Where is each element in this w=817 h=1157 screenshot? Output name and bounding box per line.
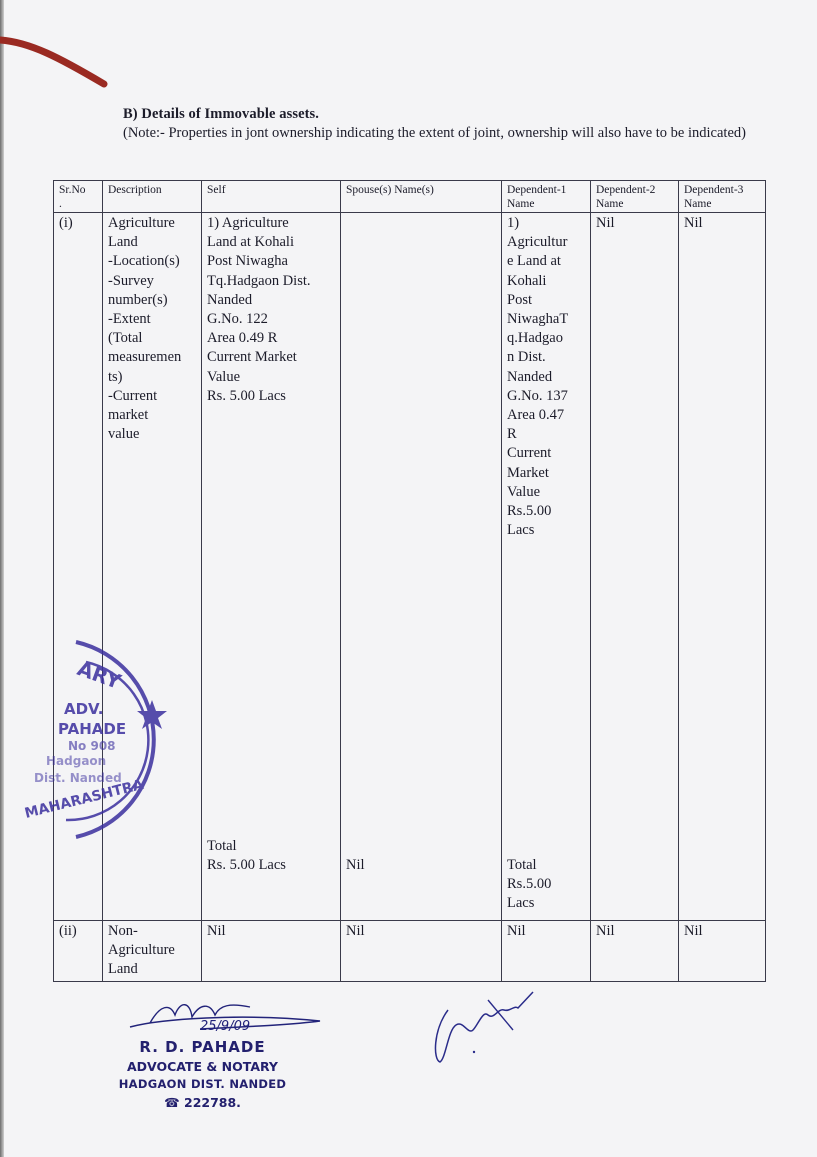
text-line: Agriculture [108, 941, 196, 960]
table-header-row: Sr.No. Description Self Spouse(s) Name(s… [54, 181, 766, 213]
cell-dependent-2: Nil [591, 213, 679, 921]
text-line: ts) [108, 368, 196, 387]
text-line: n Dist. [507, 348, 585, 367]
text-line: 1) Agriculture [207, 214, 335, 233]
dependent-1-total: TotalRs.5.00Lacs [507, 856, 551, 914]
text-line: Area 0.49 R [207, 329, 335, 348]
cell-sr-no: (ii) [54, 921, 103, 982]
text-line: 1) [507, 214, 585, 233]
text-line: Value [207, 368, 335, 387]
cell-spouse: Nil [341, 921, 502, 982]
header-self: Self [202, 181, 341, 213]
text-line: Rs.5.00 [507, 502, 585, 521]
header-dependent-1: Dependent-1 Name [502, 181, 591, 213]
cell-dependent-1: 1)Agriculture Land atKohaliPostNiwaghaTq… [502, 213, 591, 921]
cell-self: 1) AgricultureLand at KohaliPost Niwagha… [202, 213, 341, 921]
text-line: number(s) [108, 291, 196, 310]
text-line: Rs. 5.00 Lacs [207, 387, 335, 406]
text-line: -Location(s) [108, 252, 196, 271]
text-line: G.No. 137 [507, 387, 585, 406]
text-line: market [108, 406, 196, 425]
text-line: Area 0.47 [507, 406, 585, 425]
text-line: -Extent [108, 310, 196, 329]
text-line: Land [108, 960, 196, 979]
text-line: Total [207, 837, 286, 856]
text-line: measuremen [108, 348, 196, 367]
cell-dependent-3: Nil [679, 921, 766, 982]
text-line: Agriculture [108, 214, 196, 233]
text-line: -Survey [108, 272, 196, 291]
notary-phone: ☎ 222788. [110, 1095, 295, 1110]
text-line: Land [108, 233, 196, 252]
text-line: (Total [108, 329, 196, 348]
text-line: Nanded [507, 368, 585, 387]
text-line: Market [507, 464, 585, 483]
header-dependent-2: Dependent-2 Name [591, 181, 679, 213]
telephone-icon: ☎ [164, 1095, 180, 1110]
page-edge [0, 0, 4, 1157]
text-line: Kohali [507, 272, 585, 291]
table-row: (i) AgricultureLand-Location(s)-Surveynu… [54, 213, 766, 921]
header-sr-no: Sr.No. [54, 181, 103, 213]
spouse-total: Nil [346, 856, 365, 875]
cell-sr-no: (i) [54, 213, 103, 921]
red-pen-mark [0, 28, 112, 98]
text-line: Current Market [207, 348, 335, 367]
text-line: G.No. 122 [207, 310, 335, 329]
section-note: (Note:- Properties in jont ownership ind… [123, 124, 763, 142]
text-line: R [507, 425, 585, 444]
section-heading: B) Details of Immovable assets. [123, 106, 319, 123]
text-line: Land at Kohali [207, 233, 335, 252]
notary-address: HADGAON DIST. NANDED [110, 1077, 295, 1091]
notary-title: ADVOCATE & NOTARY [110, 1059, 295, 1074]
text-line: Lacs [507, 894, 551, 913]
text-line: Agricultur [507, 233, 585, 252]
text-line: Post [507, 291, 585, 310]
cell-self: Nil [202, 921, 341, 982]
text-line: -Current [108, 387, 196, 406]
cell-spouse: Nil [341, 213, 502, 921]
signature-date: 25/9/09 [200, 1019, 250, 1034]
text-line: Non- [108, 922, 196, 941]
cell-dependent-2: Nil [591, 921, 679, 982]
cell-description: Non-AgricultureLand [103, 921, 202, 982]
text-line: e Land at [507, 252, 585, 271]
immovable-assets-table: Sr.No. Description Self Spouse(s) Name(s… [53, 180, 766, 982]
text-line: Tq.Hadgaon Dist. [207, 272, 335, 291]
cell-dependent-3: Nil [679, 213, 766, 921]
text-line: Rs.5.00 [507, 875, 551, 894]
notary-name: R. D. PAHADE [110, 1038, 295, 1056]
declarant-signature [428, 990, 543, 1065]
cell-description: AgricultureLand-Location(s)-Surveynumber… [103, 213, 202, 921]
notary-block: R. D. PAHADE ADVOCATE & NOTARY HADGAON D… [110, 1038, 295, 1110]
cell-dependent-1: Nil [502, 921, 591, 982]
self-total: TotalRs. 5.00 Lacs [207, 837, 286, 875]
text-line: Nanded [207, 291, 335, 310]
text-line: Post Niwagha [207, 252, 335, 271]
header-spouse: Spouse(s) Name(s) [341, 181, 502, 213]
header-description: Description [103, 181, 202, 213]
text-line: Value [507, 483, 585, 502]
text-line: Total [507, 856, 551, 875]
text-line: Current [507, 444, 585, 463]
text-line: NiwaghaT [507, 310, 585, 329]
text-line: Lacs [507, 521, 585, 540]
text-line: Rs. 5.00 Lacs [207, 856, 286, 875]
text-line: value [108, 425, 196, 444]
header-dependent-3: Dependent-3 Name [679, 181, 766, 213]
table-row: (ii) Non-AgricultureLand Nil Nil Nil Nil… [54, 921, 766, 982]
text-line: q.Hadgao [507, 329, 585, 348]
